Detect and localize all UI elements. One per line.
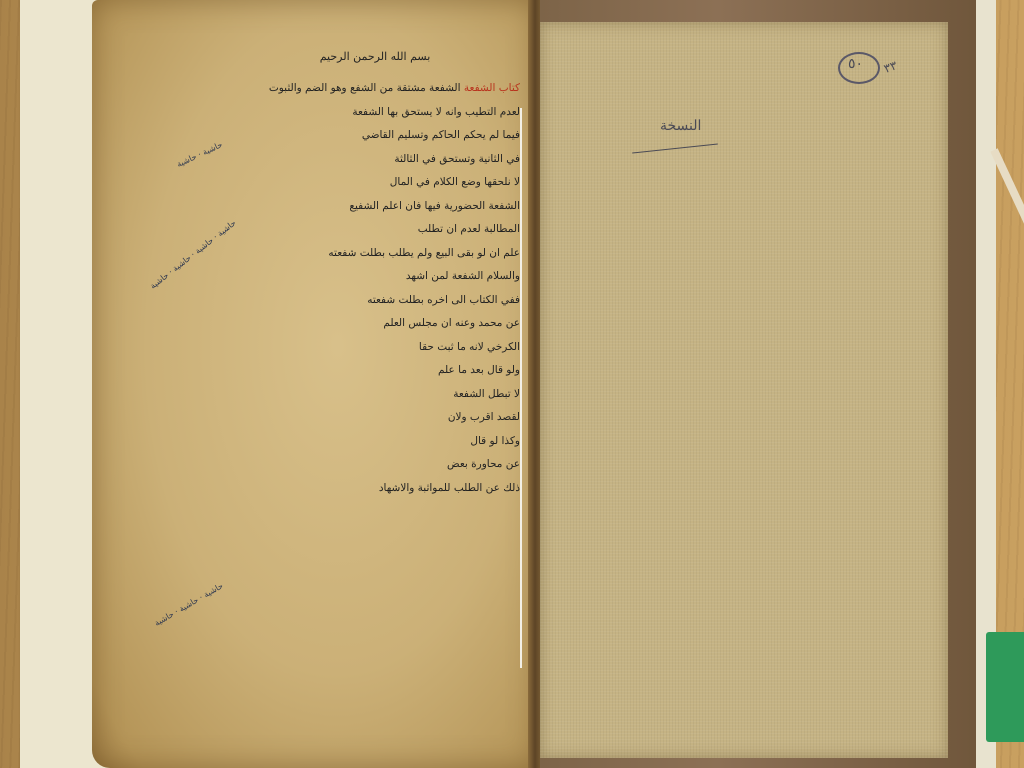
chapter-heading: كتاب الشفعة — [464, 82, 520, 94]
text-line: علم ان لو بقى البيع ولم يطلب بطلت شفعته — [230, 242, 520, 266]
text-line: لا نلحقها وضع الكلام في المال — [230, 171, 520, 195]
text-line: ولو قال بعد ما علم — [230, 359, 520, 383]
basmala: بسم الله الرحمن الرحيم — [230, 50, 520, 63]
text-line: لعدم التطيب وانه لا يستحق بها الشفعة — [230, 101, 520, 125]
text-line: وكذا لو قال — [230, 430, 520, 454]
text-line: الشفعة الحضورية فيها فان اعلم الشفيع — [230, 195, 520, 219]
text-line: ذلك عن الطلب للمواثبة والاشهاد — [230, 477, 520, 501]
circled-number: ٥٠ — [848, 56, 863, 72]
text-line: في الثانية وتستحق في الثالثة — [230, 148, 520, 172]
text-line: عن محمد وعنه ان مجلس العلم — [230, 312, 520, 336]
text-line: لقصد اقرب ولان — [230, 406, 520, 430]
cover-board-inner — [540, 22, 948, 758]
text-line: الكرخي لانه ما ثبت حقا — [230, 336, 520, 360]
green-object — [986, 632, 1024, 742]
text-line: والسلام الشفعة لمن اشهد — [230, 265, 520, 289]
binding-string — [520, 108, 522, 668]
text-line: الشفعة مشتقة من الشفع وهو الضم والثبوت — [269, 82, 461, 94]
text-line: لا تبطل الشفعة — [230, 383, 520, 407]
text-line: المطالبة لعدم ان تطلب — [230, 218, 520, 242]
text-line: ففي الكتاب الى اخره بطلت شفعته — [230, 289, 520, 313]
text-line: فيما لم يحكم الحاكم وتسليم القاضي — [230, 124, 520, 148]
text-line: عن محاورة بعض — [230, 453, 520, 477]
cover-label: النسخة — [660, 118, 701, 134]
manuscript-text: بسم الله الرحمن الرحيم كتاب الشفعة الشفع… — [230, 50, 520, 500]
